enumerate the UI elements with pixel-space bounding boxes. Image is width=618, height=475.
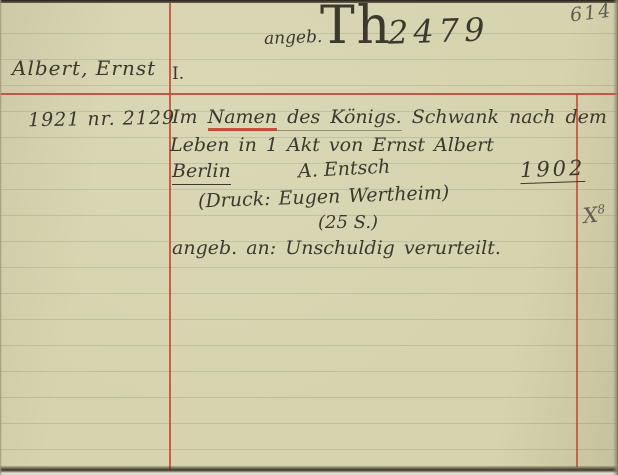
margin-note-superscript: 8 — [597, 202, 606, 217]
printer-line: (Druck: Eugen Wertheim) — [198, 182, 450, 213]
volume-numeral: I. — [172, 64, 184, 84]
folio-number-pencil: 614 — [569, 0, 614, 26]
pages-line: (25 S.) — [318, 212, 378, 233]
shelfmark-prefix: angeb. — [264, 27, 323, 49]
imprint-place: Berlin — [172, 160, 231, 185]
red-vertical-rule-right — [576, 93, 578, 467]
title-underlined-group: Namen des Königs. — [208, 106, 402, 131]
accession-number: 1921 nr. 2129 — [28, 107, 175, 132]
catalog-card: angeb. Th 2479 614 Albert, Ernst I. 1921… — [0, 0, 618, 475]
bound-with-line: angeb. an: Unschuldig verurteilt. — [172, 237, 501, 259]
margin-shelfmark-note-pencil: X8 — [582, 202, 607, 228]
red-vertical-rule-left — [169, 0, 171, 475]
imprint-publisher: A. Entsch — [297, 156, 390, 183]
card-edge-bottom — [0, 466, 618, 475]
title-line-1: Im Namen des Königs. Schwank nach dem — [172, 106, 607, 128]
subtitle: Schwank nach dem — [412, 106, 607, 128]
card-edge-right — [613, 0, 618, 475]
red-horizontal-rule — [0, 93, 618, 95]
shelfmark-number: 2479 — [387, 10, 490, 52]
card-edge-top — [0, 0, 618, 3]
title-word-im: Im — [172, 106, 198, 128]
shelfmark-letters: Th — [320, 0, 392, 56]
imprint-year: 1902 — [520, 156, 586, 184]
card-edge-left — [0, 0, 2, 475]
title-word-namen: Namen — [208, 106, 277, 131]
title-rest: des Königs. — [287, 106, 402, 128]
author-heading: Albert, Ernst — [12, 56, 156, 80]
title-line-2: Leben in 1 Akt von Ernst Albert — [170, 134, 494, 156]
